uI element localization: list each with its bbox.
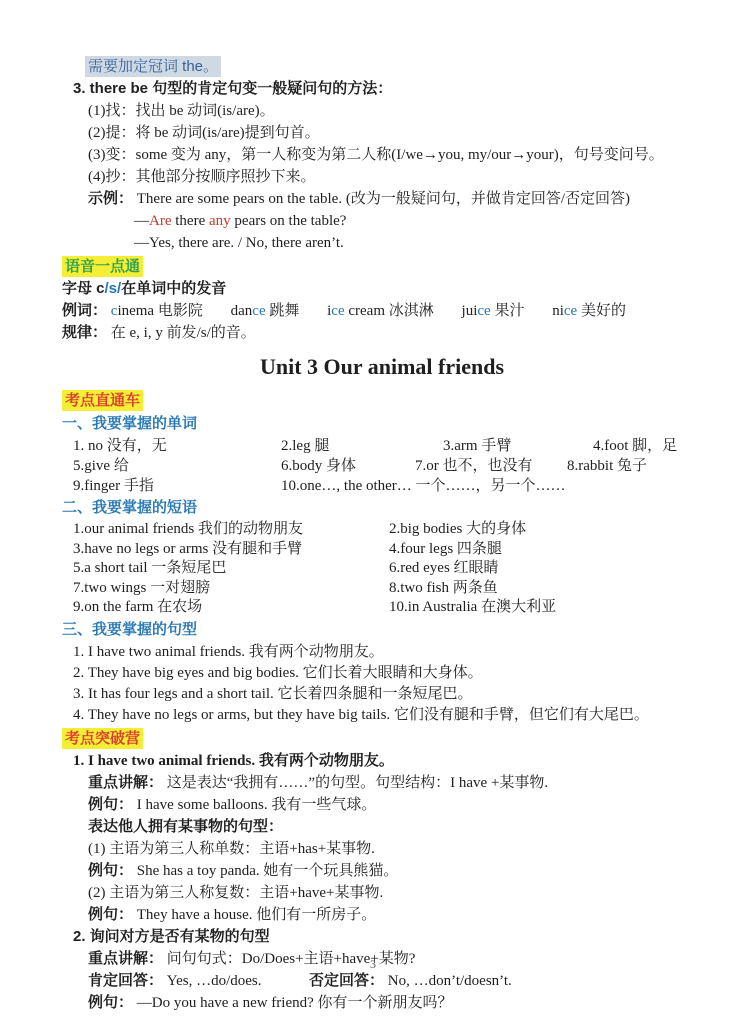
phonics-word: cinema 电影院 [111, 303, 203, 319]
phonics-subtitle-post: 在单词中的发音 [121, 280, 226, 297]
highlighted-note: 需要加定冠词 the。 [85, 56, 221, 77]
phonics-section: 语音一点通 字母 c/s/在单词中的发音 例词： cinema 电影院 danc… [62, 254, 702, 344]
example-sentence: There are some pears on the table. (改为一般… [137, 191, 630, 207]
others-pattern-heading: 表达他人拥有某事物的句型： [62, 816, 702, 838]
grammar-step-3: (3)变：some 变为 any，第一人称变为第二人称(I/we→you, my… [62, 144, 702, 166]
phonics-badge-line: 语音一点通 [62, 254, 702, 278]
grammar-heading: 3. there be 句型的肯定句变一般疑问句的方法： [62, 78, 702, 100]
grammar-example-line: 示例： There are some pears on the table. (… [62, 188, 702, 210]
word-item: 5.give 给 [73, 456, 281, 476]
word-item: 9.finger 手指 [73, 476, 281, 496]
word-item: 6.body 身体 [281, 456, 415, 476]
positive-answer-label: 肯定回答： [88, 972, 163, 989]
word-row: 5.give 给 6.body 身体 7.or 也不，也没有 8.rabbit … [62, 456, 702, 476]
phrase-item: 10.in Australia 在澳大利亚 [389, 598, 556, 618]
phrase-row: 3.have no legs or arms 没有腿和手臂 4.four leg… [62, 540, 702, 560]
phonics-word: ice cream 冰淇淋 [327, 303, 434, 319]
answers-line: 肯定回答： Yes, …do/does. 否定回答： No, …don’t/do… [62, 970, 702, 992]
grammar-section: 需要加定冠词 the。 3. there be 句型的肯定句变一般疑问句的方法：… [62, 56, 702, 254]
phrase-item: 4.four legs 四条腿 [389, 540, 502, 560]
question-rest: pears on the table? [231, 213, 347, 229]
breakthrough-item1-heading: 1. I have two animal friends. 我有两个动物朋友。 [62, 750, 702, 772]
phonics-word: juice 果汁 [462, 303, 525, 319]
breakthrough-item2-heading: 2. 询问对方是否有某物的句型 [62, 926, 702, 948]
example-label: 例句： [88, 796, 133, 813]
sentence-item: 3. It has four legs and a short tail. 它长… [62, 684, 702, 705]
example-sentence-line: 例句： —Do you have a new friend? 你有一个新朋友吗？ [62, 992, 702, 1014]
phrase-row: 5.a short tail 一条短尾巴 6.red eyes 红眼睛 [62, 559, 702, 579]
key-explanation-line: 重点讲解： 这是表达“我拥有……”的句型。句型结构：I have +某事物. [62, 772, 702, 794]
page-content: 需要加定冠词 the。 3. there be 句型的肯定句变一般疑问句的方法：… [0, 0, 746, 1014]
exam-points-section: 考点直通车 一、我要掌握的单词 1. no 没有，无 2.leg 腿 3.arm… [62, 388, 702, 726]
phonics-subtitle: 字母 c/s/在单词中的发音 [62, 278, 702, 300]
phrase-row: 1.our animal friends 我们的动物朋友 2.big bodie… [62, 520, 702, 540]
grammar-step-2: (2)提：将 be 动词(is/are)提到句首。 [62, 122, 702, 144]
note-line: 需要加定冠词 the。 [62, 56, 702, 78]
phrase-item: 2.big bodies 大的身体 [389, 520, 526, 540]
example-question: —Are there any pears on the table? [62, 210, 702, 232]
page-number: 3 [0, 957, 746, 972]
example-label: 例句： [88, 906, 133, 923]
phonics-badge: 语音一点通 [62, 256, 143, 277]
phrase-row: 9.on the farm 在农场 10.in Australia 在澳大利亚 [62, 598, 702, 618]
question-word-are: Are [149, 213, 172, 229]
rule-text: 在 e, i, y 前发/s/的音。 [111, 325, 256, 341]
example-text: I have some balloons. 我有一些气球。 [137, 797, 377, 813]
breakthrough-badge-line: 考点突破营 [62, 726, 702, 750]
example-label: 示例： [88, 190, 133, 207]
positive-answer-text: Yes, …do/does. [167, 973, 262, 989]
sentences-heading: 三、我要掌握的句型 [62, 618, 702, 642]
example-text: —Do you have a new friend? 你有一个新朋友吗？ [137, 995, 453, 1011]
negative-answer-label: 否定回答： [309, 972, 384, 989]
phrase-item: 6.red eyes 红眼睛 [389, 559, 499, 579]
phonics-rule-line: 规律： 在 e, i, y 前发/s/的音。 [62, 322, 702, 344]
example-sentence-line: 例句： I have some balloons. 我有一些气球。 [62, 794, 702, 816]
phonics-subtitle-sound: /s/ [105, 280, 122, 297]
key-explanation-label: 重点讲解： [88, 774, 163, 791]
words-heading: 一、我要掌握的单词 [62, 412, 702, 436]
grammar-step-1: (1)找：找出 be 动词(is/are)。 [62, 100, 702, 122]
phrase-item: 9.on the farm 在农场 [73, 598, 389, 618]
question-word-any: any [209, 213, 231, 229]
pattern-plural: (2) 主语为第三人称复数：主语+have+某事物. [62, 882, 702, 904]
example-answer: —Yes, there are. / No, there aren’t. [62, 232, 702, 254]
document-page: 需要加定冠词 the。 3. there be 句型的肯定句变一般疑问句的方法：… [0, 0, 746, 1024]
phonics-word: nice 美好的 [552, 303, 626, 319]
example-label: 例句： [88, 994, 133, 1011]
pattern-singular: (1) 主语为第三人称单数：主语+has+某事物. [62, 838, 702, 860]
word-item: 7.or 也不，也没有 [415, 456, 567, 476]
phrases-heading: 二、我要掌握的短语 [62, 496, 702, 520]
phrase-item: 3.have no legs or arms 没有腿和手臂 [73, 540, 389, 560]
word-row: 9.finger 手指 10.one…, the other… 一个……，另一个… [62, 476, 702, 496]
phrase-item: 7.two wings 一对翅膀 [73, 579, 389, 599]
sentence-item: 1. I have two animal friends. 我有两个动物朋友。 [62, 642, 702, 663]
word-item: 8.rabbit 兔子 [567, 456, 647, 476]
word-item: 1. no 没有，无 [73, 436, 281, 456]
unit-title: Unit 3 Our animal friends [62, 354, 702, 380]
word-row: 1. no 没有，无 2.leg 腿 3.arm 手臂 4.foot 脚，足 [62, 436, 702, 456]
phonics-subtitle-pre: 字母 c [62, 280, 105, 297]
phrase-item: 1.our animal friends 我们的动物朋友 [73, 520, 389, 540]
question-mid: there [172, 213, 209, 229]
key-explanation-text: 这是表达“我拥有……”的句型。句型结构：I have +某事物. [167, 775, 548, 791]
rule-label: 规律： [62, 324, 107, 341]
negative-answer-text: No, …don’t/doesn’t. [388, 973, 512, 989]
sentence-item: 2. They have big eyes and big bodies. 它们… [62, 663, 702, 684]
word-item: 3.arm 手臂 [443, 436, 593, 456]
word-item: 4.foot 脚，足 [593, 436, 677, 456]
word-item: 10.one…, the other… 一个……，另一个…… [281, 476, 566, 496]
breakthrough-badge: 考点突破营 [62, 728, 143, 749]
phonics-examples-line: 例词： cinema 电影院 dance 跳舞 ice cream 冰淇淋 ju… [62, 300, 702, 322]
examples-label: 例词： [62, 302, 107, 319]
word-item: 2.leg 腿 [281, 436, 443, 456]
phrase-item: 5.a short tail 一条短尾巴 [73, 559, 389, 579]
grammar-step-4: (4)抄：其他部分按顺序照抄下来。 [62, 166, 702, 188]
question-dash: — [134, 213, 149, 229]
example-text: They have a house. 他们有一所房子。 [137, 907, 377, 923]
example-sentence-line: 例句： She has a toy panda. 她有一个玩具熊猫。 [62, 860, 702, 882]
example-text: She has a toy panda. 她有一个玩具熊猫。 [137, 863, 399, 879]
phrase-row: 7.two wings 一对翅膀 8.two fish 两条鱼 [62, 579, 702, 599]
sentence-item: 4. They have no legs or arms, but they h… [62, 705, 702, 726]
example-sentence-line: 例句： They have a house. 他们有一所房子。 [62, 904, 702, 926]
exam-badge: 考点直通车 [62, 390, 143, 411]
exam-badge-line: 考点直通车 [62, 388, 702, 412]
example-label: 例句： [88, 862, 133, 879]
phonics-word: dance 跳舞 [231, 303, 300, 319]
phrase-item: 8.two fish 两条鱼 [389, 579, 498, 599]
